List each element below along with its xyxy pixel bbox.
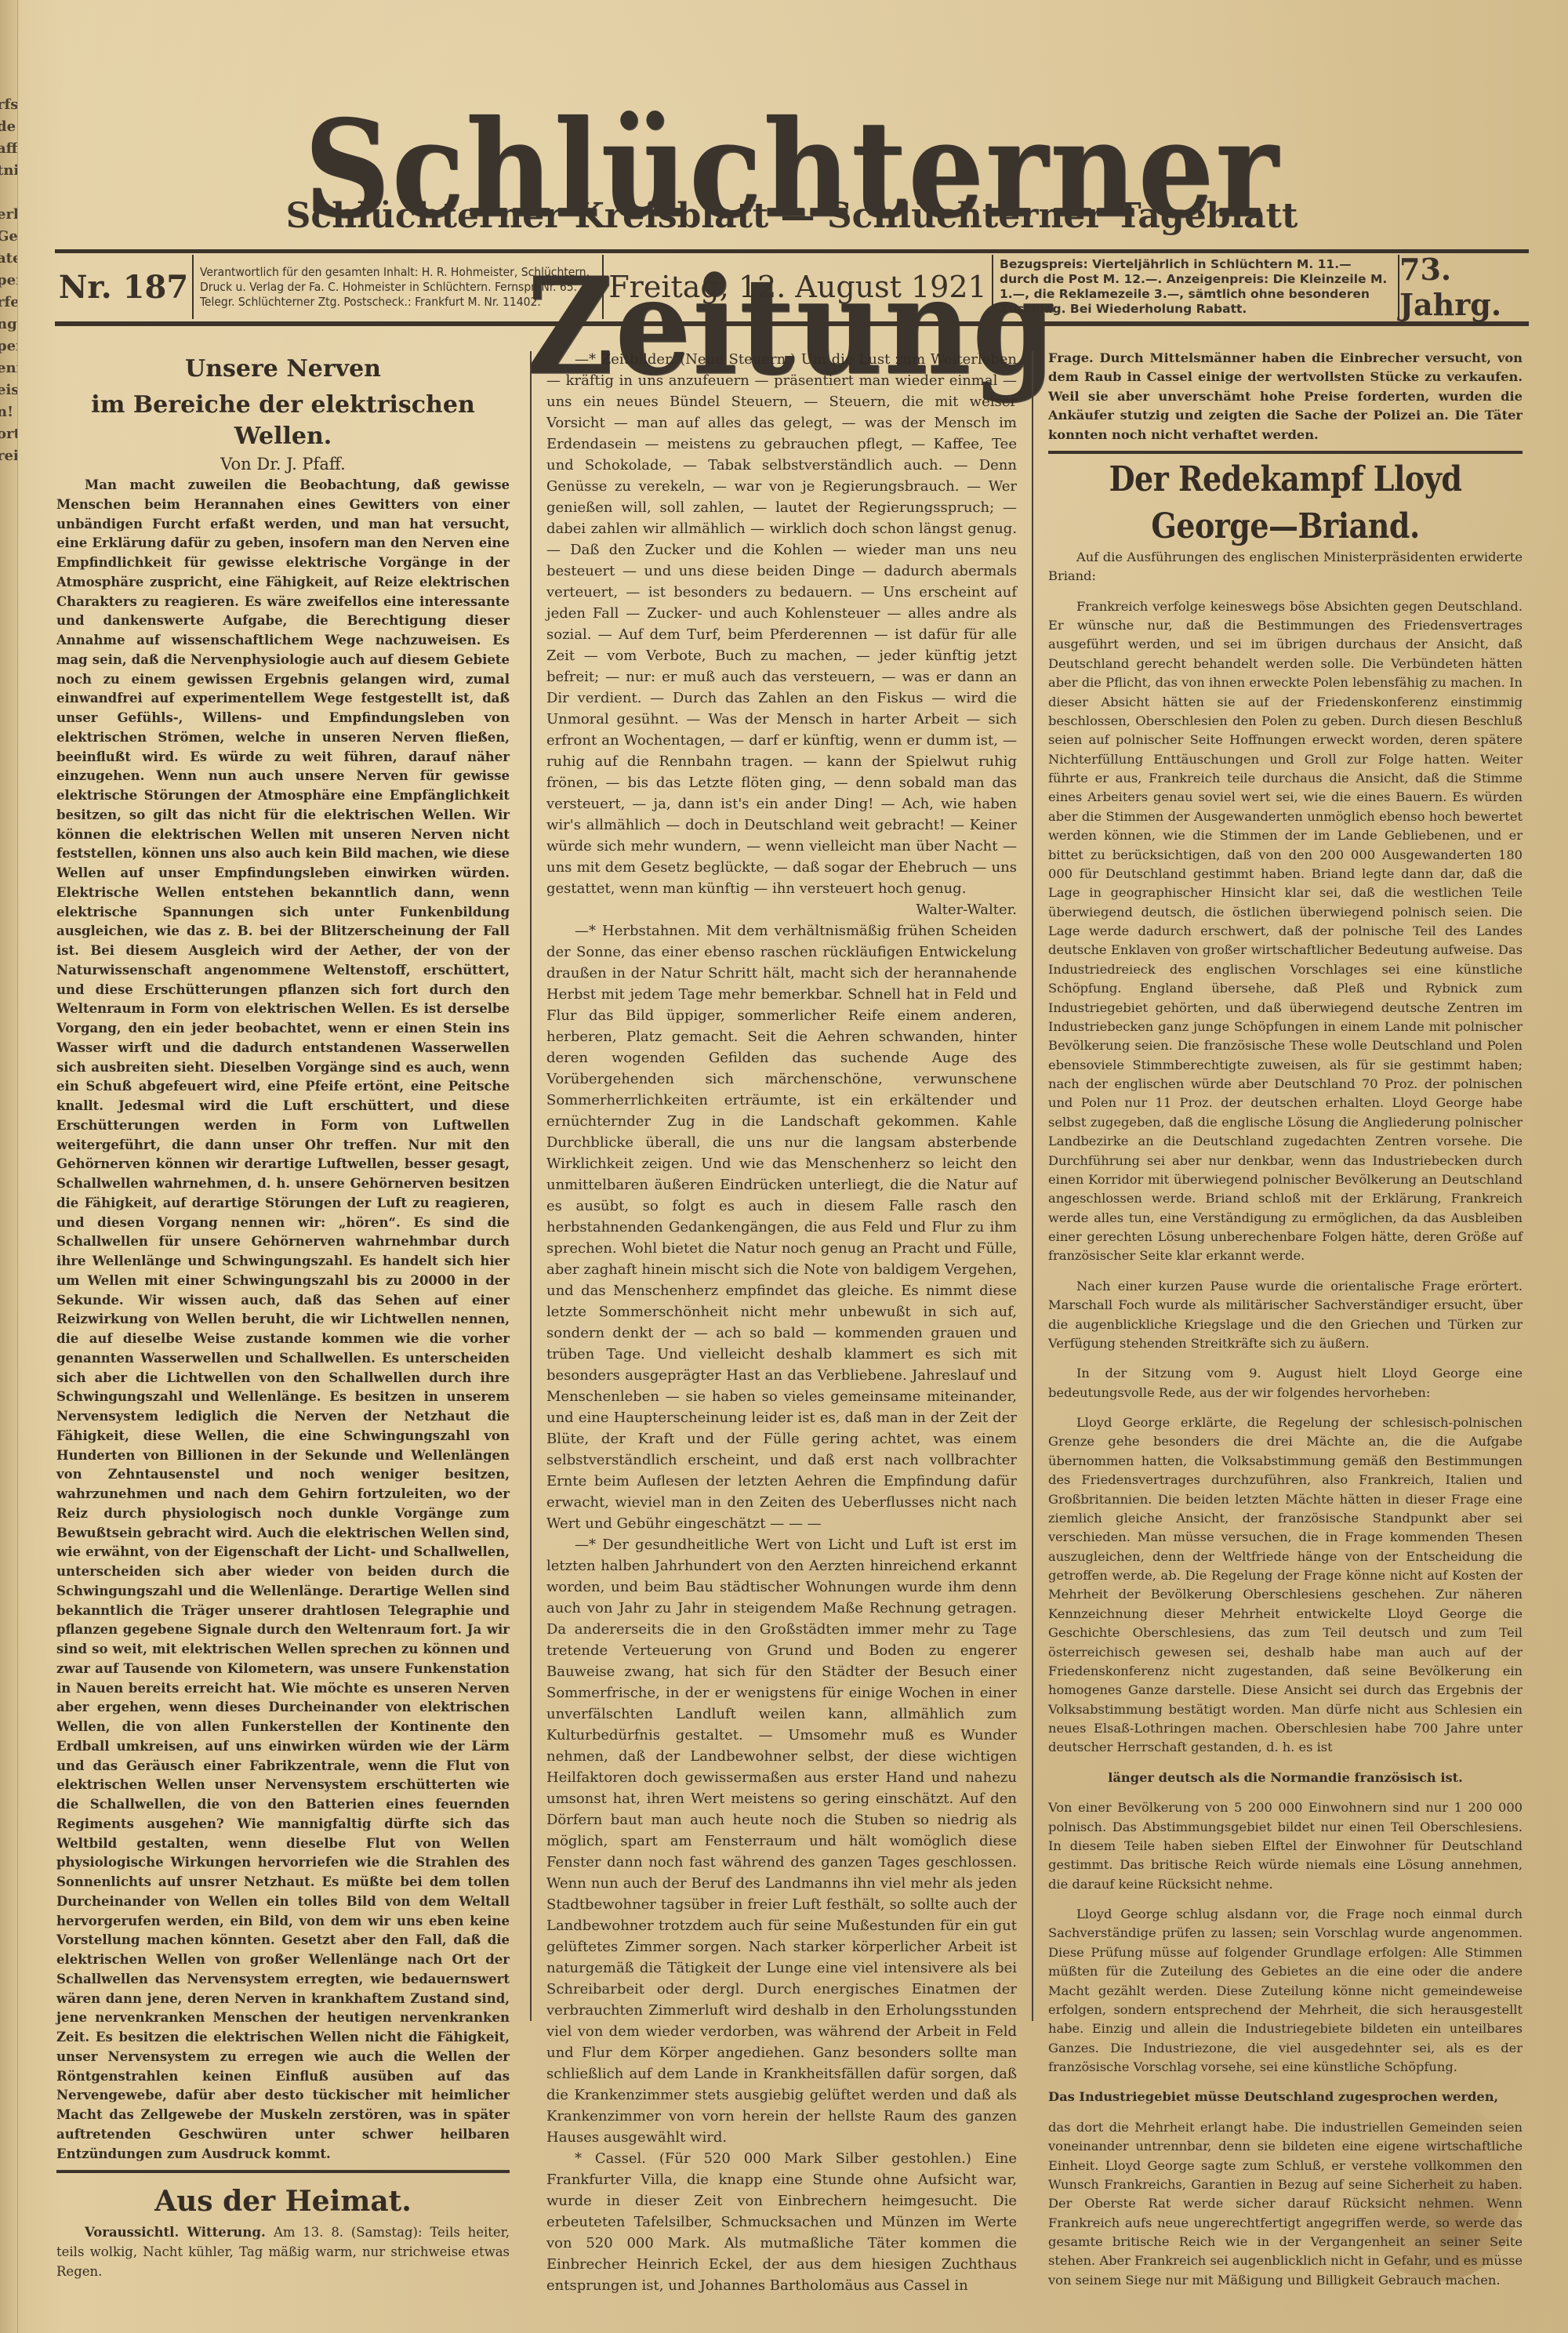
edge-text-fragment: nge: [0, 314, 17, 336]
masthead-rule-top: [55, 249, 1529, 253]
article-body: Frankreich verfolge keineswegs böse Absi…: [1048, 597, 1523, 1266]
item-text: Mit dem verhältnismäßig frühen Scheiden …: [546, 923, 1017, 1532]
author-signature: Walter-Walter.: [546, 899, 1017, 920]
news-item-cassel: * Cassel. (Für 520 000 Mark Silber gesto…: [546, 2148, 1017, 2296]
article-body: In der Sitzung vom 9. August hielt Lloyd…: [1048, 1364, 1523, 1402]
edge-text-fragment: de: [0, 116, 17, 138]
pricing-notice: Bezugspreis: Vierteljährlich in Schlücht…: [993, 255, 1399, 319]
article-body: Von einer Bevölkerung von 5 200 000 Einw…: [1048, 1798, 1523, 1894]
masthead-rule-bottom: [55, 321, 1529, 326]
item-text: Eine Frankfurter Villa, die knapp eine S…: [546, 2150, 1017, 2294]
column-1: Unsere Nerven im Bereiche der elektrisch…: [56, 349, 510, 2282]
weather-label: Voraussichtl. Witterung.: [85, 2225, 266, 2240]
edge-text-fragment: reis: [0, 445, 17, 467]
volume-year: 73. Jahrg.: [1399, 255, 1529, 319]
column-2: —* Zeitbilder. (Neue Steuern.) Um die Lu…: [546, 349, 1017, 2296]
article-subheading: länger deutsch als die Normandie französ…: [1048, 1769, 1523, 1787]
edge-text-fragment: pen: [0, 270, 17, 292]
item-lead: —* Herbstahnen.: [575, 923, 700, 939]
adjacent-page-edge: rfsdeaffetnis erl.Geatepenrfengepenennei…: [0, 0, 18, 2333]
news-item-herbstahnen: —* Herbstahnen. Mit dem verhältnismäßig …: [546, 920, 1017, 1534]
edge-text-fragment: rfs: [0, 94, 17, 116]
item-lead: * Cassel. (Für 520 000 Mark Silber gesto…: [575, 2150, 971, 2167]
edge-text-fragment: affe: [0, 138, 17, 160]
edge-text-fragment: Ge: [0, 226, 17, 248]
column-3: Frage. Durch Mittelsmänner haben die Ein…: [1048, 349, 1523, 2290]
issue-number: Nr. 187: [55, 255, 194, 319]
section-rule: [56, 2170, 510, 2173]
article-subheading: Das Industriegebiet müsse Deutschland zu…: [1048, 2088, 1523, 2106]
edge-text-fragment: erl.: [0, 204, 17, 226]
section-headline: Aus der Heimat.: [56, 2181, 510, 2222]
article-body: Lloyd George schlug alsdann vor, die Fra…: [1048, 1905, 1523, 2077]
edge-text-fragment: enn: [0, 357, 17, 379]
article-headline: Unsere Nerven: [56, 354, 510, 385]
news-item-continued: Frage. Durch Mittelsmänner haben die Ein…: [1048, 349, 1523, 444]
edge-text-fragment: tnis: [0, 160, 17, 182]
item-lead: —* Zeitbilder. (Neue Steuern.): [575, 351, 796, 368]
news-item-zeitbilder: —* Zeitbilder. (Neue Steuern.) Um die Lu…: [546, 349, 1017, 899]
item-text: Um die Lust zum Weiterleben — kräftig in…: [546, 351, 1017, 897]
edge-text-fragment: n!: [0, 401, 17, 423]
section-rule: [1048, 451, 1523, 454]
article-body: Man macht zuweilen die Beobachtung, daß …: [56, 476, 510, 2164]
weather-forecast: Voraussichtl. Witterung. Am 13. 8. (Sams…: [56, 2223, 510, 2281]
news-item-licht-luft: —* Der gesundheitliche Wert von Licht un…: [546, 1534, 1017, 2148]
item-text: ist erst im letzten halben Jahrhundert v…: [546, 1537, 1017, 2146]
article-byline: Von Dr. J. Pfaff.: [56, 452, 510, 476]
edge-text-fragment: ate: [0, 248, 17, 270]
masthead-subtitle: Schlüchterner Kreisblatt — Schlüchterner…: [55, 196, 1529, 236]
article-body: Lloyd George erklärte, die Regelung der …: [1048, 1413, 1523, 1758]
edge-text-fragment: eise: [0, 379, 17, 401]
column-divider: [530, 351, 532, 2021]
column-divider: [1032, 351, 1033, 2021]
edge-text-fragment: [0, 182, 17, 204]
article-headline: im Bereiche der elektrischen Wellen.: [56, 390, 510, 452]
article-intro: Auf die Ausführungen des englischen Mini…: [1048, 548, 1523, 586]
article-body: Nach einer kurzen Pause wurde die orient…: [1048, 1277, 1523, 1354]
edge-text-fragment: orte: [0, 423, 17, 445]
edge-text-fragment: rfe: [0, 292, 17, 314]
article-headline: Der Redekampf Lloyd George—Briand.: [1048, 455, 1523, 550]
responsible-notice: Verantwortlich für den gesamten Inhalt: …: [194, 255, 604, 319]
masthead-info-bar: Nr. 187 Verantwortlich für den gesamten …: [55, 255, 1529, 319]
article-body: das dort die Mehrheit erlangt habe. Die …: [1048, 2118, 1523, 2290]
issue-date: Freitag, 12. August 1921: [604, 255, 993, 319]
item-lead: —* Der gesundheitliche Wert von Licht un…: [575, 1537, 934, 1553]
edge-text-fragment: pen: [0, 336, 17, 357]
